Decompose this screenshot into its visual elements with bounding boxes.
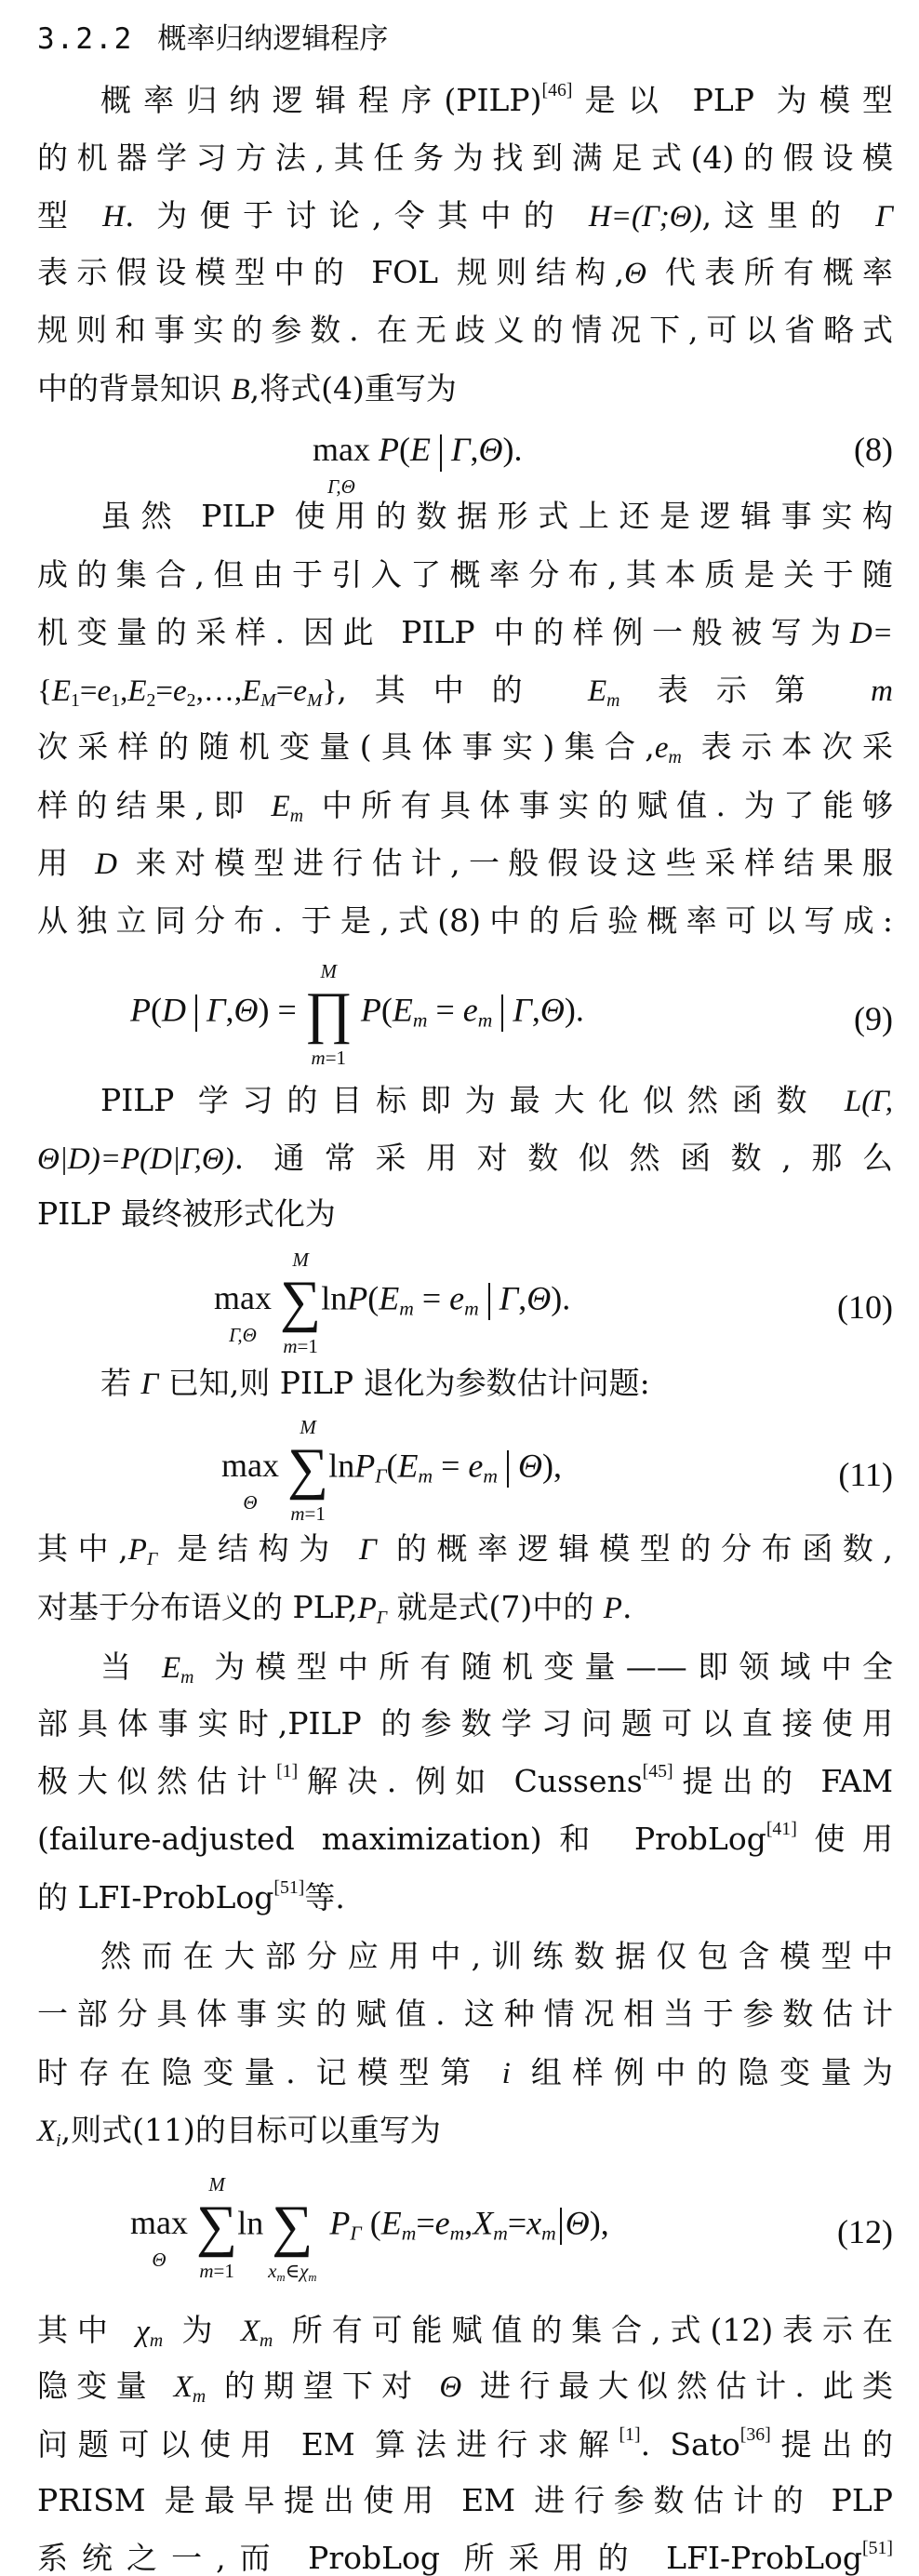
paragraph-6-line-5: 的 LFI-ProbLog[51]等. (37, 1879, 893, 1916)
paragraph-1-line-1: 概率归纳逻辑程序(PILP)[46]是以 PLP 为模型 (100, 82, 893, 119)
paragraph-4-line-1: 若 Γ 已知,则 PILP 退化为参数估计问题: (100, 1365, 893, 1403)
paragraph-2-line-2: 成的集合,但由于引入了概率分布,其本质是关于随 (37, 556, 893, 594)
paragraph-3-line-2: Θ|D)=P(D|Γ,Θ). 通常采用对数似然函数,那么 (37, 1140, 893, 1178)
paragraph-5-line-1: 其中,PΓ 是结构为 Γ 的概率逻辑模型的分布函数, (37, 1530, 893, 1568)
paragraph-7-line-1: 然而在大部分应用中,训练数据仅包含模型中 (100, 1938, 893, 1975)
paragraph-1-line-2: 的机器学习方法,其任务为找到满足式(4)的假设模 (37, 140, 893, 177)
paragraph-2-line-7: 用 D 来对模型进行估计,一般假设这些采样结果服 (37, 845, 893, 883)
paragraph-1-line-3: 型 H. 为便于讨论,令其中的 H=(Γ;Θ),这里的 Γ (37, 197, 893, 235)
paragraph-6-line-3: 极大似然估计[1]解决. 例如 Cussens[45]提出的 FAM (37, 1763, 893, 1800)
equation-9: P(DΓ,Θ) = M∏m=1 P(Em = emΓ,Θ). (9) (37, 968, 893, 1079)
paragraph-8-line-4: PRISM 是最早提出使用 EM 进行参数估计的 PLP (37, 2482, 893, 2519)
paragraph-2-line-6: 样的结果,即 Em 中所有具体事实的赋值. 为了能够 (37, 787, 893, 825)
equation-number: (12) (837, 2212, 893, 2251)
equation-number: (8) (854, 430, 893, 469)
paragraph-2-line-3: 机变量的采样. 因此 PILP 中的样例一般被写为D= (37, 614, 893, 652)
paragraph-7-line-4: Xi,则式(11)的目标可以重写为 (37, 2112, 893, 2150)
paragraph-8-line-5: 系统之一,而 ProbLog 所采用的 LFI-ProbLog[51] (37, 2540, 893, 2576)
equation-number: (9) (854, 999, 893, 1038)
section-number: 3.2.2 (37, 22, 133, 56)
section-heading: 3.2.2概率归纳逻辑程序 (37, 20, 388, 58)
citation: [46] (542, 80, 573, 100)
citation: [36] (740, 2424, 771, 2445)
paragraph-3-line-1: PILP 学习的目标即为最大化似然函数 L(Γ, (100, 1082, 893, 1120)
paragraph-2-line-5: 次采样的随机变量(具体事实)集合,em 表示本次采 (37, 728, 893, 767)
citation: [41] (766, 1819, 797, 1839)
citation: [51] (273, 1877, 304, 1898)
paragraph-8-line-1: 其中 χm 为 Xm 所有可能赋值的集合,式(12)表示在 (37, 2312, 893, 2350)
equation-10: maxΓ,Θ M∑m=1lnP(Em = emΓ,Θ). (10) (37, 1256, 893, 1368)
paragraph-7-line-3: 时存在隐变量. 记模型第 i 组样例中的隐变量为 (37, 2054, 893, 2092)
citation: [45] (643, 1761, 673, 1782)
paragraph-1-line-6: 中的背景知识 B,将式(4)重写为 (37, 370, 893, 408)
paragraph-2-line-1: 虽然 PILP 使用的数据形式上还是逻辑事实构 (100, 498, 893, 535)
citation: [1] (276, 1761, 298, 1782)
paragraph-5-line-2: 对基于分布语义的 PLP,PΓ 就是式(7)中的 P. (37, 1589, 893, 1627)
paragraph-8-line-3: 问题可以使用 EM 算法进行求解[1]. Sato[36]提出的 (37, 2426, 893, 2463)
paragraph-7-line-2: 一部分具体事实的赋值. 这种情况相当于参数估计 (37, 1995, 893, 2033)
equation-12: maxΘ M∑m=1ln ∑xm∈χm PΓ (Em=em,Xm=xmΘ), (… (37, 2177, 893, 2289)
equation-11: maxΘ M∑m=1lnPΓ(Em = emΘ), (11) (37, 1423, 893, 1535)
citation: [1] (619, 2424, 641, 2445)
paragraph-1-line-4: 表示假设模型中的 FOL 规则结构,Θ 代表所有概率 (37, 254, 893, 292)
paragraph-8-line-2: 隐变量 Xm 的期望下对 Θ 进行最大似然估计. 此类 (37, 2368, 893, 2406)
paragraph-2-line-8: 从独立同分布. 于是,式(8)中的后验概率可以写成: (37, 902, 893, 940)
equation-number: (11) (838, 1455, 893, 1494)
equation-number: (10) (837, 1288, 893, 1327)
paragraph-6-line-2: 部具体事实时,PILP 的参数学习问题可以直接使用 (37, 1705, 893, 1742)
section-title: 概率归纳逻辑程序 (157, 22, 388, 56)
paragraph-6-line-1: 当 Em 为模型中所有随机变量——即领域中全 (100, 1648, 893, 1687)
paragraph-1-line-5: 规则和事实的参数. 在无歧义的情况下,可以省略式 (37, 312, 893, 349)
citation: [51] (862, 2538, 893, 2558)
paragraph-2-line-4: {E1=e1,E2=e2,…,EM=eM},其中的 Em 表示第 m (37, 672, 893, 710)
paragraph-6-line-4: (failure-adjusted maximization)和 ProbLog… (37, 1821, 893, 1858)
paragraph-3-line-3: PILP 最终被形式化为 (37, 1195, 893, 1233)
